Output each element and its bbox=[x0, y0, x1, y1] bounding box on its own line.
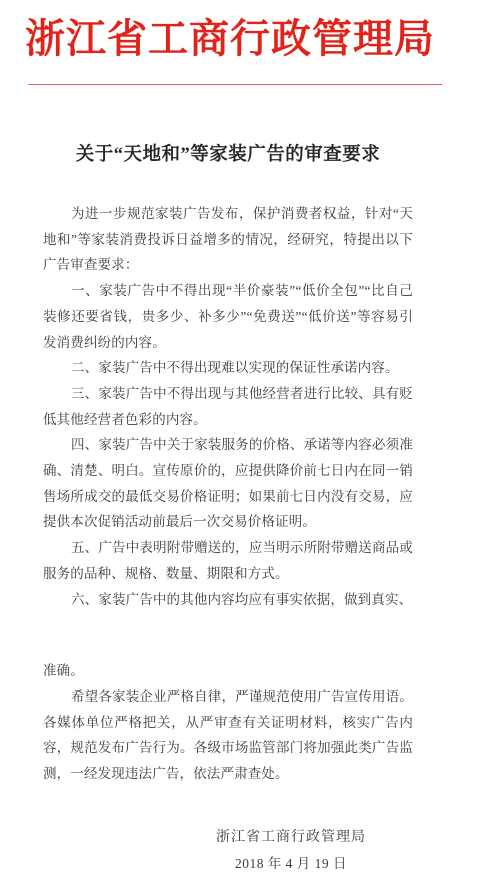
document-page: 浙江省工商行政管理局 关于“天地和”等家装广告的审查要求 为进一步规范家装广告发… bbox=[0, 0, 493, 887]
masthead: 浙江省工商行政管理局 bbox=[0, 0, 493, 66]
document-body: 为进一步规范家装广告发布，保护消费者权益，针对“天地和”等家装消费投诉日益增多的… bbox=[43, 201, 413, 787]
body-paragraph-item-2: 二、家装广告中不得出现难以实现的保证性承诺内容。 bbox=[43, 355, 413, 381]
closing-block: 浙江省工商行政管理局 2018 年 4 月 19 日 bbox=[191, 825, 391, 877]
signature: 浙江省工商行政管理局 bbox=[191, 825, 391, 851]
agency-name: 浙江省工商行政管理局 bbox=[25, 12, 493, 66]
header-divider bbox=[28, 84, 442, 85]
body-paragraph-item-1: 一、家装广告中不得出现“半价豪装”“低价全包”“比自己装修还要省钱，贵多少、补多… bbox=[43, 278, 413, 355]
body-paragraph-intro: 为进一步规范家装广告发布，保护消费者权益，针对“天地和”等家装消费投诉日益增多的… bbox=[43, 201, 413, 278]
body-paragraph-item-6: 六、家装广告中的其他内容均应有事实依据，做到真实、 bbox=[43, 587, 413, 613]
body-paragraph-item-6-continuation: 准确。 bbox=[43, 658, 413, 684]
body-paragraph-item-3: 三、家装广告中不得出现与其他经营者进行比较、具有贬低其他经营者色彩的内容。 bbox=[43, 381, 413, 432]
body-paragraph-closing-remarks: 希望各家装企业严格自律，严谨规范使用广告宣传用语。各媒体单位严格把关，从严审查有… bbox=[43, 684, 413, 787]
body-paragraph-item-5: 五、广告中表明附带赠送的，应当明示所附带赠送商品或服务的品种、规格、数量、期限和… bbox=[43, 535, 413, 586]
document-title: 关于“天地和”等家装广告的审查要求 bbox=[43, 143, 413, 167]
document-date: 2018 年 4 月 19 日 bbox=[191, 851, 391, 877]
body-paragraph-item-4: 四、家装广告中关于家装服务的价格、承诺等内容必须准确、清楚、明白。宣传原价的，应… bbox=[43, 432, 413, 535]
